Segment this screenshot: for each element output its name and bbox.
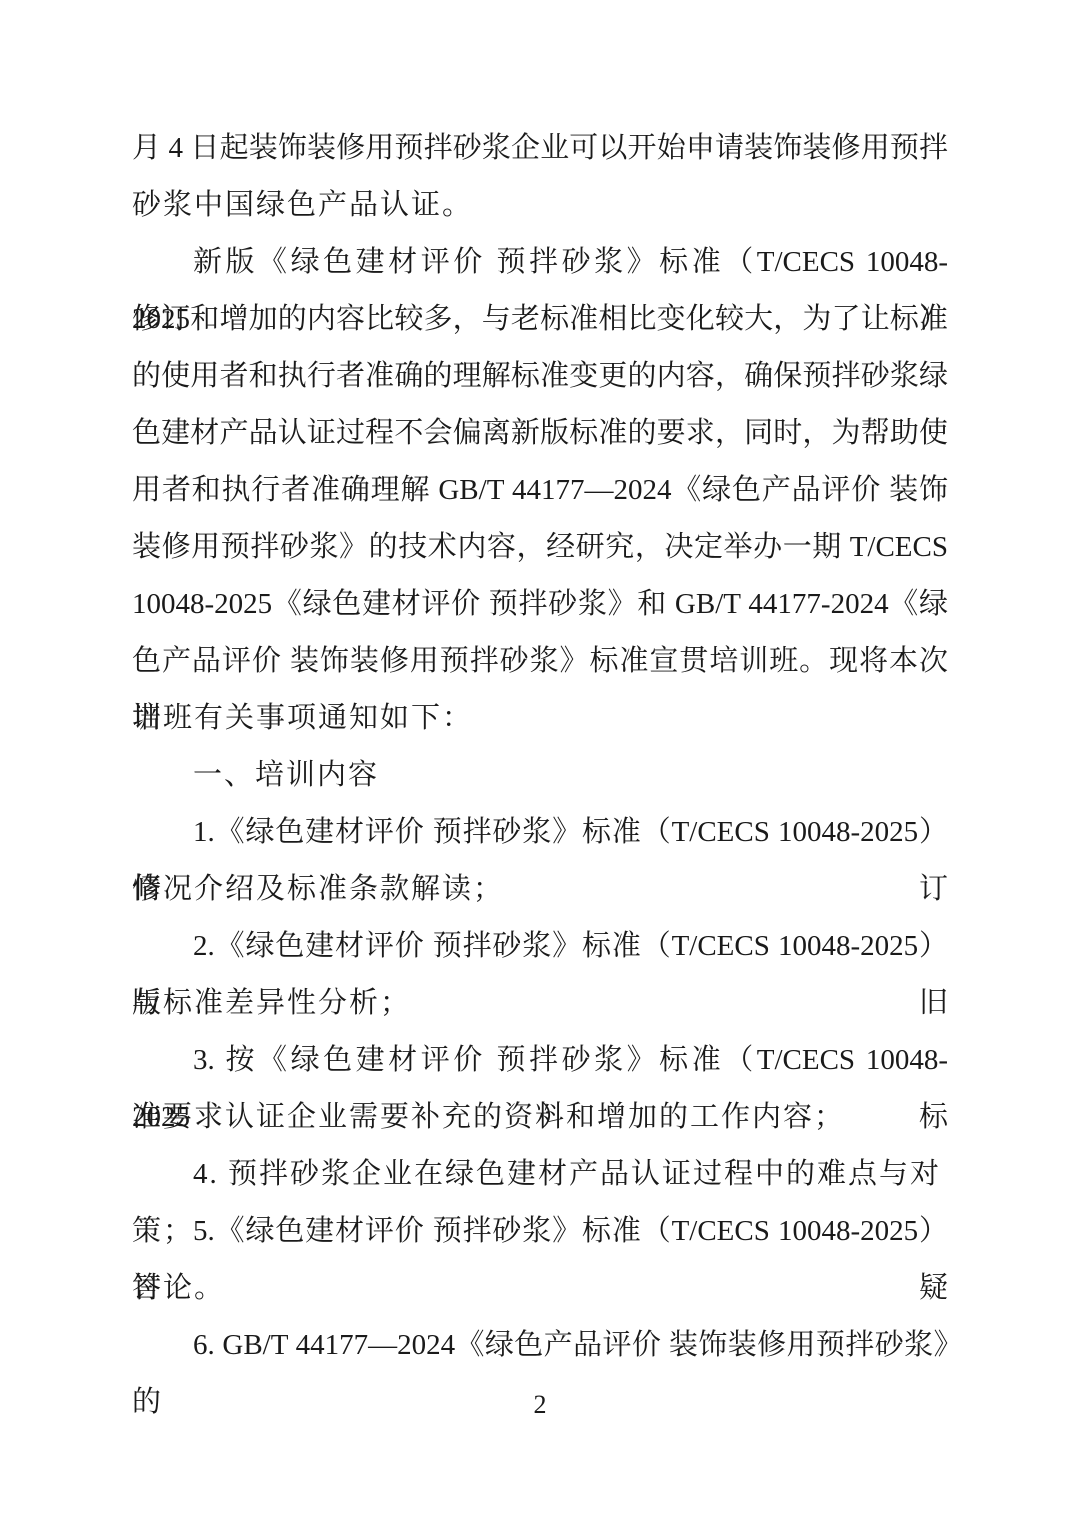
text-line: 训班有关事项通知如下： [132, 690, 948, 747]
text-line: 色产品评价 装饰装修用预拌砂浆》标准宣贯培训班。现将本次培 [132, 633, 948, 690]
text-line: 3. 按《绿色建材评价 预拌砂浆》标准（T/CECS 10048-2025）标 [132, 1032, 948, 1089]
text-line: 一、培训内容 [132, 747, 948, 804]
page-footer: 2 [0, 1390, 1080, 1420]
text-line: 5.《绿色建材评价 预拌砂浆》标准（T/CECS 10048-2025）答疑 [132, 1203, 948, 1260]
page-number: 2 [534, 1390, 547, 1419]
document-page: 月 4 日起装饰装修用预拌砂浆企业可以开始申请装饰装修用预拌砂浆中国绿色产品认证… [0, 0, 1080, 1528]
text-line: 6. GB/T 44177—2024《绿色产品评价 装饰装修用预拌砂浆》的 [132, 1317, 948, 1374]
text-line: 的使用者和执行者准确的理解标准变更的内容，确保预拌砂浆绿 [132, 348, 948, 405]
text-line: 月 4 日起装饰装修用预拌砂浆企业可以开始申请装饰装修用预拌 [132, 120, 948, 177]
text-line: 2.《绿色建材评价 预拌砂浆》标准（T/CECS 10048-2025）与旧 [132, 918, 948, 975]
text-line: 1.《绿色建材评价 预拌砂浆》标准（T/CECS 10048-2025）修订 [132, 804, 948, 861]
text-line: 砂浆中国绿色产品认证。 [132, 177, 948, 234]
text-line: 4. 预拌砂浆企业在绿色建材产品认证过程中的难点与对策； [132, 1146, 948, 1203]
text-line: 10048-2025《绿色建材评价 预拌砂浆》和 GB/T 44177-2024… [132, 576, 948, 633]
document-body: 月 4 日起装饰装修用预拌砂浆企业可以开始申请装饰装修用预拌砂浆中国绿色产品认证… [132, 120, 948, 1374]
text-line: 装修用预拌砂浆》的技术内容，经研究，决定举办一期 T/CECS [132, 519, 948, 576]
text-line: 色建材产品认证过程不会偏离新版标准的要求，同时，为帮助使 [132, 405, 948, 462]
text-line: 新版《绿色建材评价 预拌砂浆》标准（T/CECS 10048-2025） [132, 234, 948, 291]
text-line: 用者和执行者准确理解 GB/T 44177—2024《绿色产品评价 装饰 [132, 462, 948, 519]
text-line: 准要求认证企业需要补充的资料和增加的工作内容； [132, 1089, 948, 1146]
text-line: 修订和增加的内容比较多，与老标准相比变化较大，为了让标准 [132, 291, 948, 348]
